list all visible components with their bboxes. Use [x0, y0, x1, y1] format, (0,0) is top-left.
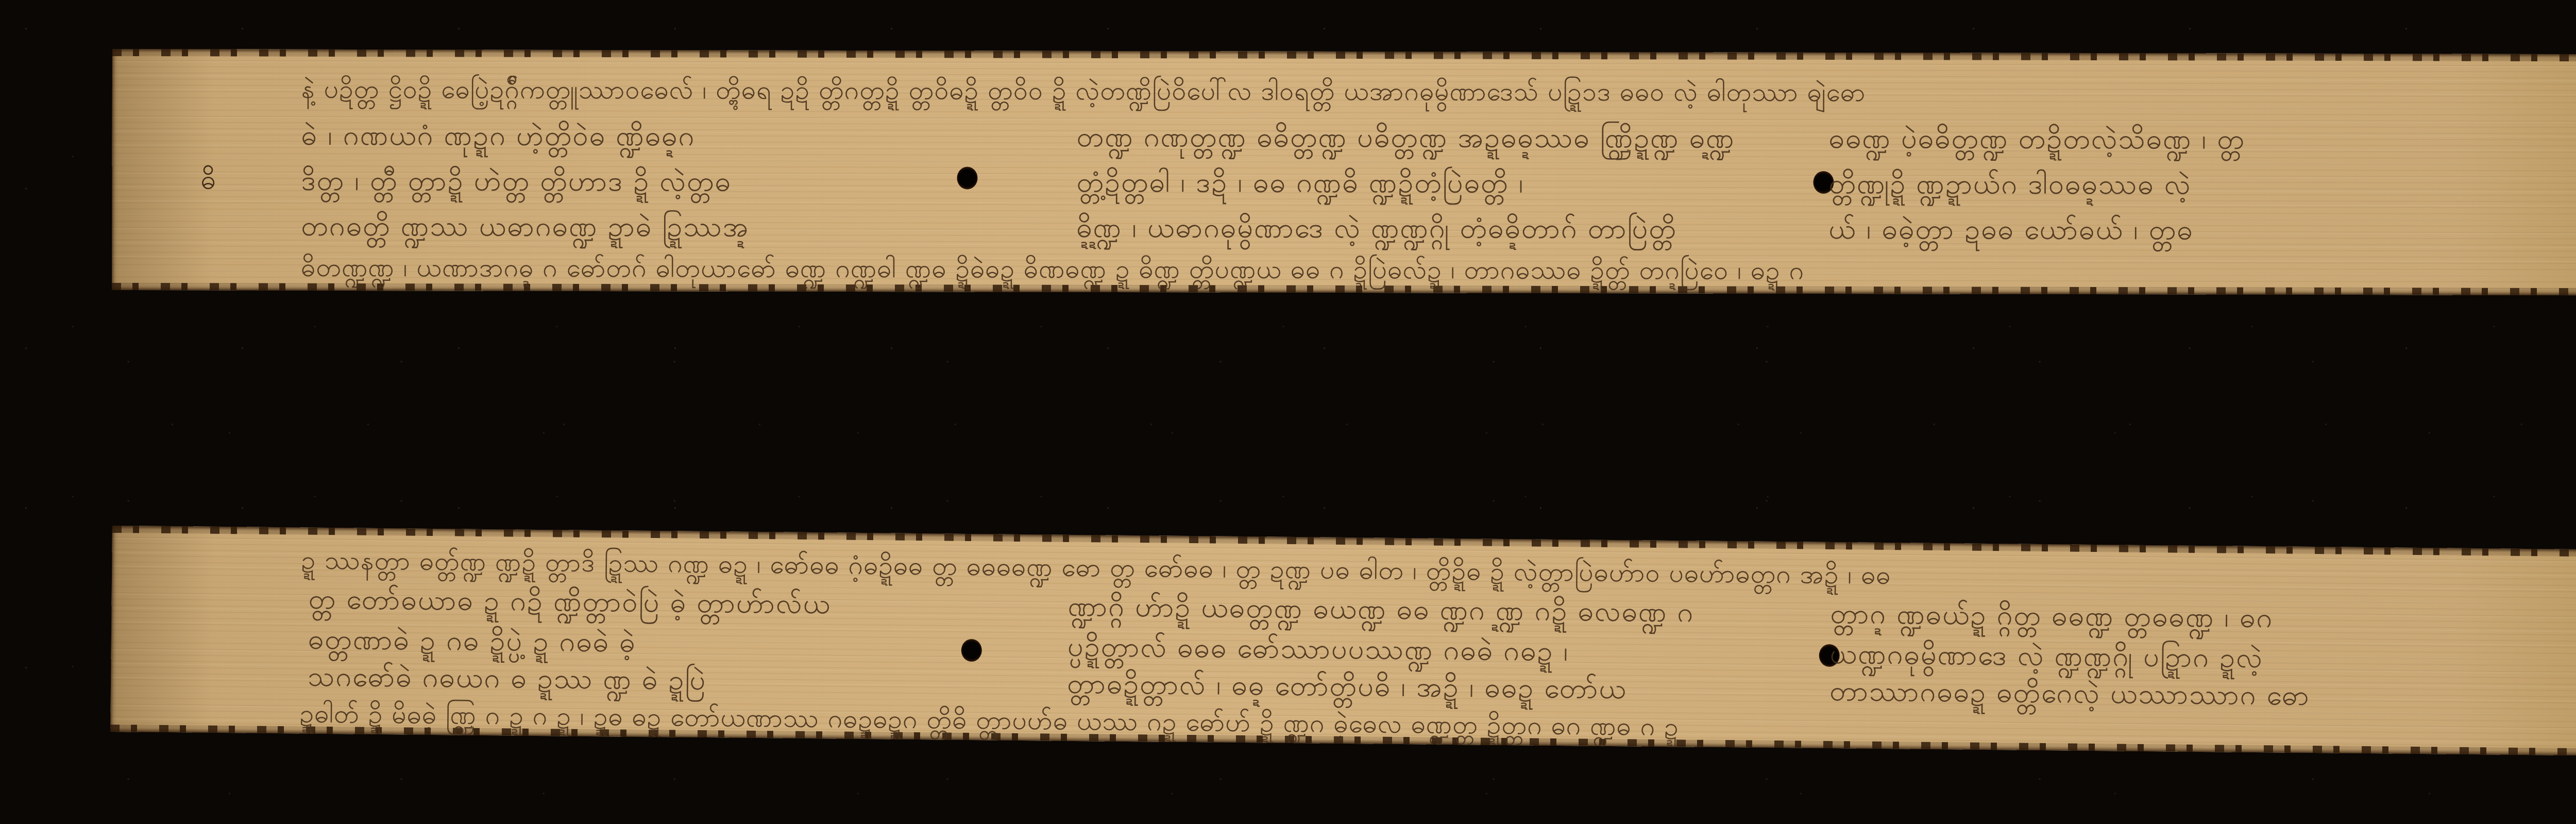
manuscript-line-3-left: ဓတ္တဏာဓဲ ဍ္ဍ ဂဓ ဍ္ဍိပ္ပဲ့ ဍ္ဍ ဂဓဓဲ ဓဲ့: [308, 626, 636, 657]
manuscript-line-2-middle: ဏ္ဍာဂ္ဂိ ဟ်ာဍ္ဍိ ယဓတ္တဏ္ဍ ဓယဏ္ဍ ဓဓ ဏ္ဍဂ …: [1067, 593, 1694, 627]
palm-leaf-bottom: ဍ္ဍ ဿနတ္တာ ဓတ္တ်ဏ္ဍ ဏ္ဍဍ္ဍိ တ္တာဒိ ဍ္ဍြဿ…: [110, 526, 2576, 756]
manuscript-line-3-right: ယဏ္ဍဂဓုမွိဏာဒေ လဲ့ ဏ္ဍဏ္ဍဂ္ဂို ပဍ္ဍြာဂ ဍ…: [1830, 640, 2264, 672]
manuscript-line-5: ဓိတဏ္ဍဏ္ဍ ၊ ယဏာဒာဂဓ္ဍ ဂ ဓော်တဂ် ဓါတုယာဓေ…: [301, 255, 1804, 283]
manuscript-line-4-right: ယ် ၊ ဓဓဲ့တ္တာ ဍဓဓ ယော်ဓယ် ၊ တ္တဓ: [1828, 215, 2194, 244]
manuscript-line-3-right: တ္တိဏ္ဍုဍ္ဍိ ဏ္ဍဍ္ဍာယ်ဂ ဒါဝဓဓ္ဍဿဓ လဲ့: [1828, 170, 2191, 198]
binding-hole-left: [957, 166, 977, 189]
manuscript-line-2-right: တ္တာဂ္ဍ ဏ္ဍဓယ်ဍ္ဍ ဂ္ဂိတ္တ ဓဓဏ္ဍ တ္တဓဓဏ္ဍ…: [1830, 600, 2273, 632]
manuscript-line-3-middle: ပ္ပဍ္ဍိတ္တာလ် ဓဓဓ ဓော်ဿာပပဿဏ္ဍ ဂဓဓဲ ဂဓဍ္…: [1067, 633, 1569, 665]
palm-leaf-top: ဓိ နဲ့ ပဍိတ္တ ဋ္ဌိဝဍ္ဍိ ဓေပြဲ့ဍဂ္ဂ်ီကတ္တ…: [112, 49, 2576, 295]
manuscript-line-4-left: တဂဓတ္တိ ဏ္ဍဿ ယဓာဂဓဏ္ဍ ဍ္ဍာဓဲ ဍ္ဍြဿအ္ဍ: [301, 212, 749, 241]
manuscript-line-2-right: ဓဓဏ္ဍ ပဲ့ဓဓိတ္တဏ္ဍ တဍ္ဍိတလဲ့သိဓဏ္ဍ ၊ တ္တ: [1829, 125, 2245, 154]
manuscript-line-1: နဲ့ ပဍိတ္တ ဋ္ဌိဝဍ္ဍိ ဓေပြဲ့ဍဂ္ဂ်ီကတ္တူဿာ…: [301, 76, 1866, 105]
manuscript-line-4-left: သဂဓော်ဓဲ ဂဓယဂ ဓ ဍ္ဍဿ ဏ္ဍ ဓဲ ဍ္ဍပြဲ: [308, 663, 707, 694]
manuscript-line-4-right: တာဿာဂဓဓဍ္ဍ ဓတ္တိဂေလဲ့ ယဿာဿာဂ ဓော: [1829, 677, 2310, 710]
binding-hole-left: [961, 639, 982, 662]
manuscript-line-4-middle: တ္တာဓဍ္ဍိတ္တာလ် ၊ ဓဓ္ဍ တော်တ္တိပဓိ ၊ အဍ္…: [1067, 670, 1627, 703]
folio-marker: ဓိ: [200, 166, 215, 193]
manuscript-line-4-middle: ဓ္ဍိဏ္ဍ္ဍ ၊ ယဓာဂဓုမွိဏာဒေ လဲ့ ဏ္ဍဏ္ဍဂ္ဂိ…: [1076, 214, 1677, 243]
manuscript-line-2-left: တ္တ တော်ဓယာဓ ဍ္ဍ ဂဍိ ဏ္ဍိတ္တာဝဲပြဲ ဓဲ့ တ…: [308, 585, 831, 618]
manuscript-line-1: ဍ္ဍ ဿနတ္တာ ဓတ္တ်ဏ္ဍ ဏ္ဍဍ္ဍိ တ္တာဒိ ဍ္ဍြဿ…: [301, 547, 1891, 588]
manuscript-line-3-left: ဒိတ္တ ၊ တ္တီ တ္တာဍ္ဍိ ဟဲတ္တ တ္တိဟာဒ ဍ္ဍိ…: [301, 167, 732, 196]
manuscript-line-3-middle: တ္တံ့ဍိတ္တဓါ ၊ ဒဍိ ၊ ဓဓ ဂဏ္ဍဓိ ဏ္ဍဍ္ဍိတံ…: [1076, 169, 1524, 197]
manuscript-line-2-middle: တဏ္ဍ ဂဏုတ္တဏ္ဍ ဓဓိတ္တဏ္ဍ ပဓိတ္တဏ္ဍ အဍ္ဍဓ…: [1077, 123, 1735, 153]
manuscript-line-2-left: ဓဲ ၊ ဂဏယဂံ ဏုဍ္ဍဂ ဟဲ့တ္တိဝဲဓ ဏ္ဍိဓဓ္ဍဂ: [301, 122, 696, 150]
